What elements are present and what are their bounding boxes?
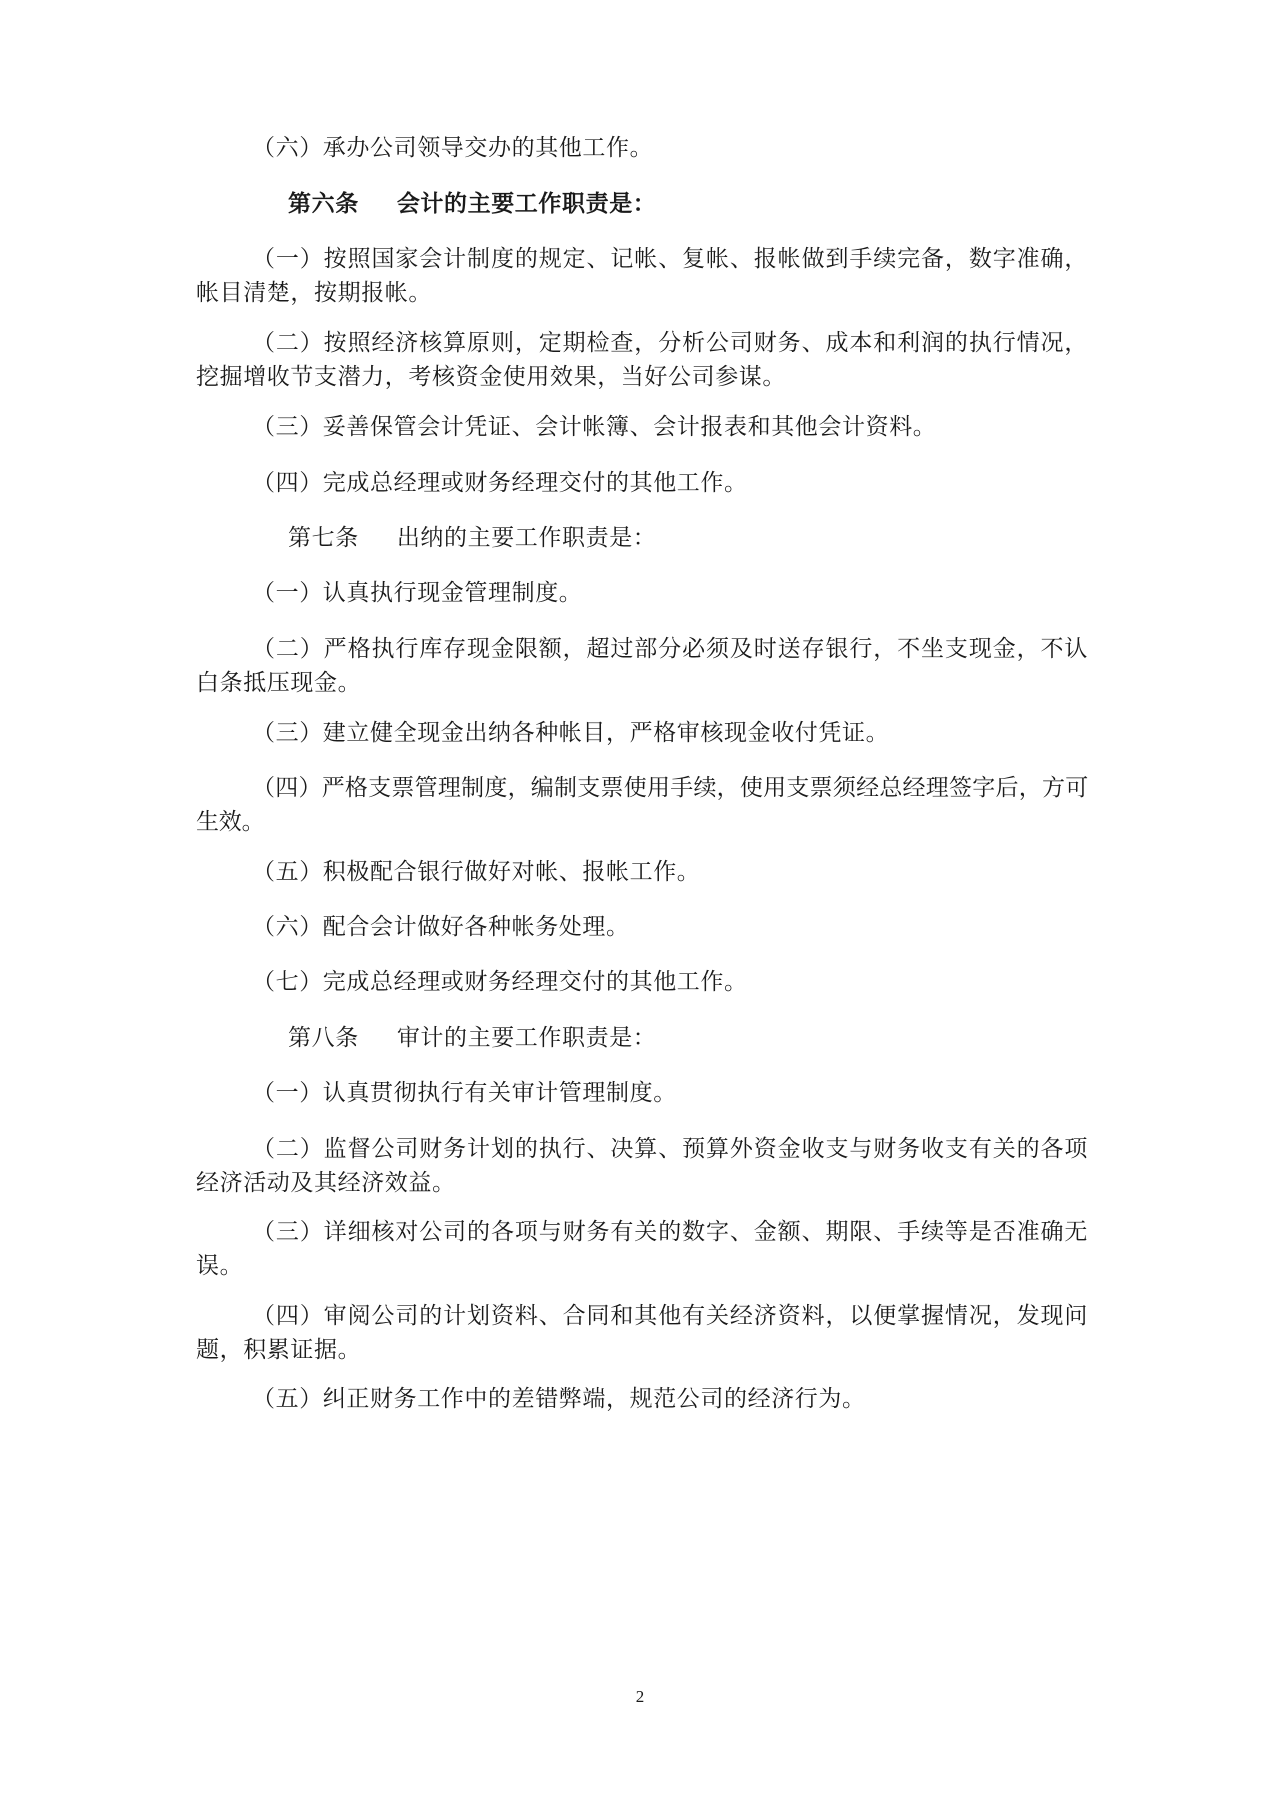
paragraph-item: （四）严格支票管理制度，编制支票使用手续，使用支票须经总经理签字后，方可生效。 — [196, 771, 1088, 839]
paragraph-item: （二）监督公司财务计划的执行、决算、预算外资金收支与财务收支有关的各项经济活动及… — [196, 1132, 1088, 1200]
article-title: 审计的主要工作职责是： — [397, 1025, 657, 1051]
paragraph-item: （一）认真贯彻执行有关审计管理制度。 — [196, 1076, 1088, 1110]
paragraph-item: （一）按照国家会计制度的规定、记帐、复帐、报帐做到手续完备，数字准确，帐目清楚，… — [196, 242, 1088, 310]
paragraph-item: （六）配合会计做好各种帐务处理。 — [196, 910, 1088, 944]
paragraph-item: （四）审阅公司的计划资料、合同和其他有关经济资料，以便掌握情况，发现问题，积累证… — [196, 1299, 1088, 1367]
paragraph-item: （二）严格执行库存现金限额，超过部分必须及时送存银行，不坐支现金，不认白条抵压现… — [196, 632, 1088, 700]
page-number: 2 — [0, 1687, 1280, 1707]
paragraph-item: （三）详细核对公司的各项与财务有关的数字、金额、期限、手续等是否准确无误。 — [196, 1215, 1088, 1283]
article-title: 会计的主要工作职责是： — [397, 190, 657, 217]
paragraph-item: （三）建立健全现金出纳各种帐目，严格审核现金收付凭证。 — [196, 716, 1088, 750]
paragraph-item: （三）妥善保管会计凭证、会计帐簿、会计报表和其他会计资料。 — [196, 410, 1088, 444]
document-page: （六）承办公司领导交办的其他工作。 第六条会计的主要工作职责是： （一）按照国家… — [0, 0, 1280, 1811]
article-title: 出纳的主要工作职责是： — [397, 525, 657, 551]
article-heading-7: 第七条出纳的主要工作职责是： — [196, 521, 1088, 555]
paragraph-item: （一）认真执行现金管理制度。 — [196, 576, 1088, 610]
article-number: 第八条 — [242, 1021, 359, 1055]
article-heading-6: 第六条会计的主要工作职责是： — [196, 187, 1088, 221]
paragraph-item: （四）完成总经理或财务经理交付的其他工作。 — [196, 466, 1088, 500]
paragraph-item: （七）完成总经理或财务经理交付的其他工作。 — [196, 965, 1088, 999]
article-number: 第七条 — [242, 521, 359, 555]
article-heading-8: 第八条审计的主要工作职责是： — [196, 1021, 1088, 1055]
paragraph-item: （五）纠正财务工作中的差错弊端，规范公司的经济行为。 — [196, 1382, 1088, 1416]
paragraph-item: （二）按照经济核算原则，定期检查，分析公司财务、成本和利润的执行情况，挖掘增收节… — [196, 326, 1088, 394]
paragraph-item: （六）承办公司领导交办的其他工作。 — [196, 131, 1088, 165]
article-number: 第六条 — [242, 187, 359, 221]
paragraph-item: （五）积极配合银行做好对帐、报帐工作。 — [196, 855, 1088, 889]
